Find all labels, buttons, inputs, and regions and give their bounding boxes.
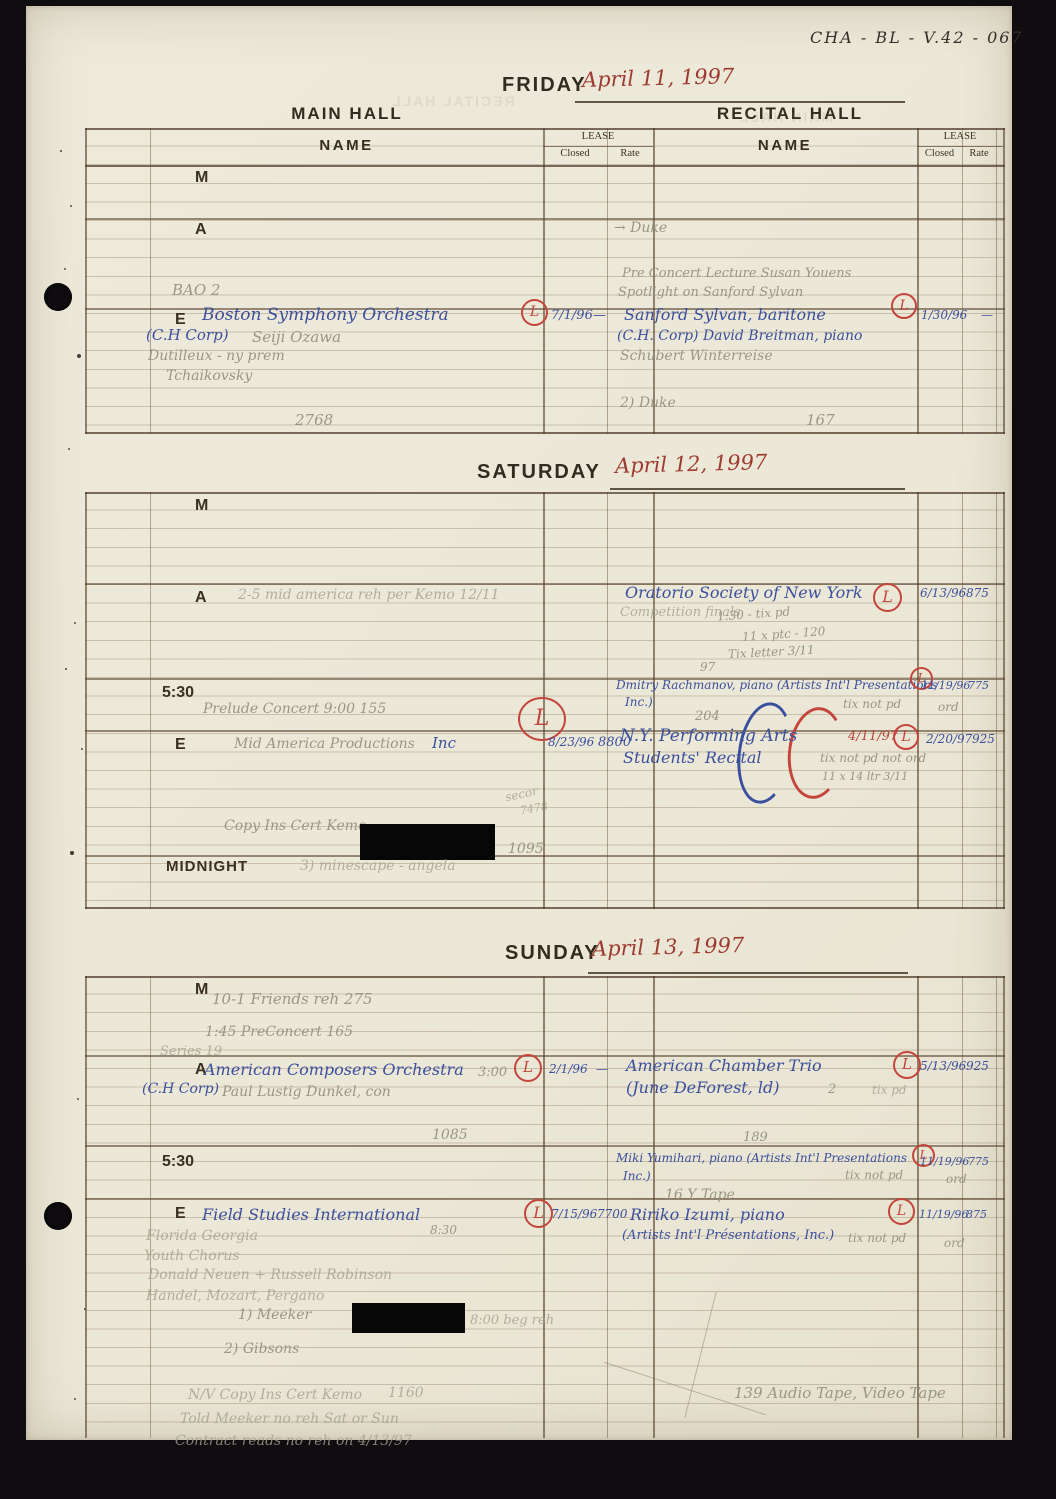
archive-reference-code: CHA - BL - V.42 - 067 — [810, 28, 1024, 47]
slot-label-midnight: MIDNIGHT — [166, 858, 248, 875]
handwritten-pencil-note: Contract reads no reh on 4/13/97 — [175, 1434, 412, 1449]
handwritten-pencil-note: 2) Gibsons — [224, 1342, 299, 1357]
handwritten-pencil-note: Pre Concert Lecture Susan Youens — [622, 267, 851, 281]
slot-label-530: 5:30 — [162, 684, 194, 702]
main-closed-header: Closed — [543, 148, 607, 159]
handwritten-ink-note: 5/13/96 — [920, 1060, 966, 1073]
handwritten-pencil-note: → Duke — [614, 221, 667, 236]
handwritten-pencil-note: 1160 — [388, 1386, 424, 1401]
recital-rate-header: Rate — [962, 148, 996, 159]
slot-label-e: E — [175, 736, 186, 754]
handwritten-pencil-note: 2) Duke — [620, 396, 676, 411]
handwritten-pencil-note: Youth Chorus — [144, 1249, 240, 1264]
day-label-friday: FRIDAY — [502, 74, 587, 97]
hole-punch — [44, 1202, 72, 1230]
handwritten-pencil-note: 16 Y Tape — [665, 1188, 735, 1203]
handwritten-ink-note: — — [593, 309, 606, 323]
handwritten-pencil-note: Copy Ins Cert Kemo — [224, 819, 366, 834]
handwritten-ink-note: 6/13/96 — [920, 587, 966, 600]
ghost-print: RECITAL HALL — [390, 94, 515, 109]
lease-stamp: L — [893, 1051, 921, 1079]
slot-label-m: M — [195, 497, 208, 515]
handwritten-pencil-note: 2 — [828, 1083, 836, 1097]
recital-lease-header: LEASE — [917, 131, 1003, 142]
date-underline — [588, 972, 908, 974]
handwritten-pencil-note: Spotlight on Sanford Sylvan — [618, 286, 803, 300]
lease-stamp: L — [521, 299, 548, 326]
handwritten-pencil-note: Florida Georgia — [146, 1229, 258, 1244]
day-label-saturday: SATURDAY — [477, 461, 601, 484]
handwritten-pencil-note: Prelude Concert 9:00 155 — [203, 702, 386, 717]
handwritten-pencil-note: 2768 — [295, 413, 333, 429]
main-lease-header: LEASE — [543, 131, 653, 142]
handwritten-ink-note: 925 — [972, 733, 995, 746]
handwritten-pencil-note: tix not pd — [845, 1169, 903, 1182]
handwritten-pencil-note: N/V Copy Ins Cert Kemo — [188, 1388, 362, 1403]
handwritten-pencil-note: tix not pd — [843, 698, 901, 711]
handwritten-ink-note: 925 — [966, 1060, 989, 1073]
handwritten-pencil-note: Handel, Mozart, Pergano — [146, 1289, 324, 1304]
handwritten-ink-note: American Composers Orchestra — [204, 1062, 464, 1079]
slot-label-m: M — [195, 981, 208, 999]
handwritten-ink-note: Students' Recital — [623, 750, 762, 767]
paper-specks — [60, 150, 62, 152]
handwritten-pencil-note: 189 — [743, 1131, 768, 1145]
handwritten-ink-note: (C.H. Corp) David Breitman, piano — [617, 329, 862, 344]
handwritten-pencil-note: Told Meeker no reh Sat or Sun — [180, 1412, 399, 1427]
date-underline — [610, 488, 905, 490]
handwritten-pencil-note: 1:45 PreConcert 165 — [205, 1025, 353, 1040]
handwritten-ink-note: Inc.) — [623, 1170, 651, 1183]
handwritten-ink-note: 7/1/96 — [551, 309, 593, 323]
slot-label-a: A — [195, 589, 207, 607]
lease-stamp: L — [893, 724, 919, 750]
handwritten-ink-note: (June DeForest, ld) — [626, 1080, 780, 1097]
handwritten-pencil-note: Tchaikovsky — [166, 369, 252, 384]
main-name-header: NAME — [150, 137, 543, 154]
handwritten-pencil-note: tix not pd not ord — [820, 752, 926, 765]
handwritten-pencil-note: ord — [938, 701, 959, 714]
friday-grid: NAME LEASE Closed Rate NAME LEASE Closed… — [85, 128, 1005, 434]
handwritten-ink-note: Miki Yumihari, piano (Artists Int'l Pres… — [616, 1152, 907, 1165]
handwritten-ink-note: 1/30/96 — [921, 309, 967, 322]
handwritten-ink-note: Oratorio Society of New York — [625, 585, 863, 602]
lease-stamp: L — [514, 1054, 542, 1082]
handwritten-pencil-note: 1085 — [432, 1128, 468, 1143]
date-handwritten-friday: April 11, 1997 — [582, 64, 735, 92]
handwritten-pencil-note: 8:00 beg reh — [470, 1314, 554, 1328]
handwritten-ink-note: 11/19/96 — [919, 1209, 968, 1221]
handwritten-ink-note: 11/19/96 — [921, 680, 970, 692]
handwritten-ink-note: (Artists Int'l Présentations, Inc.) — [622, 1229, 834, 1243]
handwritten-ink-note: 775 — [968, 680, 989, 692]
handwritten-ink-note: Dmitry Rachmanov, piano (Artists Int'l P… — [616, 679, 937, 692]
handwritten-ink-note: Ririko Izumi, piano — [630, 1207, 785, 1224]
handwritten-pencil-note: 3:00 — [478, 1066, 507, 1080]
hole-punch — [44, 283, 72, 311]
day-label-sunday: SUNDAY — [505, 942, 600, 965]
handwritten-pencil-note: 97 — [700, 661, 715, 674]
handwritten-pencil-note: ord — [944, 1237, 965, 1250]
lease-stamp: L — [873, 583, 902, 612]
handwritten-pencil-note: 204 — [695, 710, 720, 724]
handwritten-pencil-note: Series 19 — [160, 1045, 222, 1059]
handwritten-pencil-note: 167 — [806, 413, 835, 429]
date-underline — [575, 101, 905, 103]
slot-label-a: A — [195, 221, 207, 239]
handwritten-pencil-note: tix not pd — [848, 1232, 906, 1245]
redaction-bar — [352, 1303, 465, 1333]
handwritten-ink-note: Field Studies International — [202, 1207, 420, 1224]
handwritten-ink-note: American Chamber Trio — [626, 1058, 822, 1075]
main-rate-header: Rate — [607, 148, 653, 159]
handwritten-ink-note: 875 — [966, 587, 989, 600]
lease-stamp: L — [891, 293, 917, 319]
handwritten-pencil-note: Schubert Winterreise — [620, 349, 773, 364]
handwritten-pencil-note: Mid America Productions — [234, 737, 415, 752]
handwritten-ink-note: (C.H Corp) — [142, 1082, 219, 1097]
handwritten-pencil-note: tix pd — [872, 1084, 907, 1097]
handwritten-ink-note: 2/20/97 — [926, 733, 972, 746]
handwritten-ink-note: 775 — [968, 1156, 989, 1168]
handwritten-pencil-note: 8:30 — [430, 1224, 457, 1237]
handwritten-ink-note: 875 — [966, 1209, 987, 1221]
handwritten-pencil-note: Dutilleux - ny prem — [148, 349, 285, 364]
handwritten-pencil-note: 1095 — [508, 842, 544, 857]
handwritten-pencil-note: 11 x 14 ltr 3/11 — [822, 771, 908, 783]
handwritten-ink-note: Inc — [432, 736, 456, 752]
handwritten-ink-note: Boston Symphony Orchestra — [202, 307, 449, 325]
slot-label-e: E — [175, 1205, 186, 1223]
handwritten-ink-note: 8/23/96 — [548, 736, 594, 749]
handwritten-pencil-note: Seiji Ozawa — [252, 330, 341, 346]
redaction-bar — [360, 824, 495, 860]
handwritten-pencil-note: 1) Meeker — [238, 1308, 311, 1323]
slot-label-m: M — [195, 169, 208, 187]
handwritten-pencil-note: BAO 2 — [172, 283, 220, 299]
lease-stamp: L — [888, 1198, 915, 1225]
handwritten-red-note: 4/11/97 — [848, 730, 898, 744]
handwritten-ink-note: 7/15/96 — [551, 1208, 597, 1221]
recital-closed-header: Closed — [917, 148, 962, 159]
handwritten-pencil-note: 10-1 Friends reh 275 — [212, 992, 373, 1008]
handwritten-pencil-note: ord — [946, 1173, 967, 1186]
handwritten-pencil-note: 3) minescape - angela — [300, 859, 456, 874]
handwritten-ink-note: (C.H Corp) — [146, 328, 229, 344]
handwritten-ink-note: Inc.) — [625, 696, 653, 709]
recital-name-header: NAME — [653, 137, 917, 154]
handwritten-ink-note: 11/19/96 — [920, 1156, 969, 1168]
scanned-ledger-page: CHA - BL - V.42 - 067 FRIDAY April 11, 1… — [0, 0, 1056, 1499]
handwritten-ink-note: — — [596, 1063, 608, 1076]
slot-label-530: 5:30 — [162, 1153, 194, 1171]
handwritten-ink-note: — — [981, 309, 993, 322]
lease-stamp: L — [524, 1199, 553, 1228]
handwritten-pencil-note: 2-5 mid america reh per Kemo 12/11 — [238, 588, 500, 603]
handwritten-ink-note: 7700 — [597, 1208, 628, 1221]
handwritten-pencil-note: Donald Neuen + Russell Robinson — [148, 1268, 392, 1283]
handwritten-ink-note: N.Y. Performing Arts — [620, 728, 797, 746]
handwritten-pencil-note: 139 Audio Tape, Video Tape — [734, 1386, 946, 1402]
ghost-print: MAIN HALL — [738, 110, 833, 125]
date-handwritten-sunday: April 13, 1997 — [592, 933, 745, 961]
handwritten-ink-note: 2/1/96 — [549, 1063, 588, 1076]
handwritten-ink-note: Sanford Sylvan, baritone — [624, 307, 826, 324]
handwritten-pencil-note: Paul Lustig Dunkel, con — [222, 1085, 391, 1100]
date-handwritten-saturday: April 12, 1997 — [615, 450, 768, 478]
